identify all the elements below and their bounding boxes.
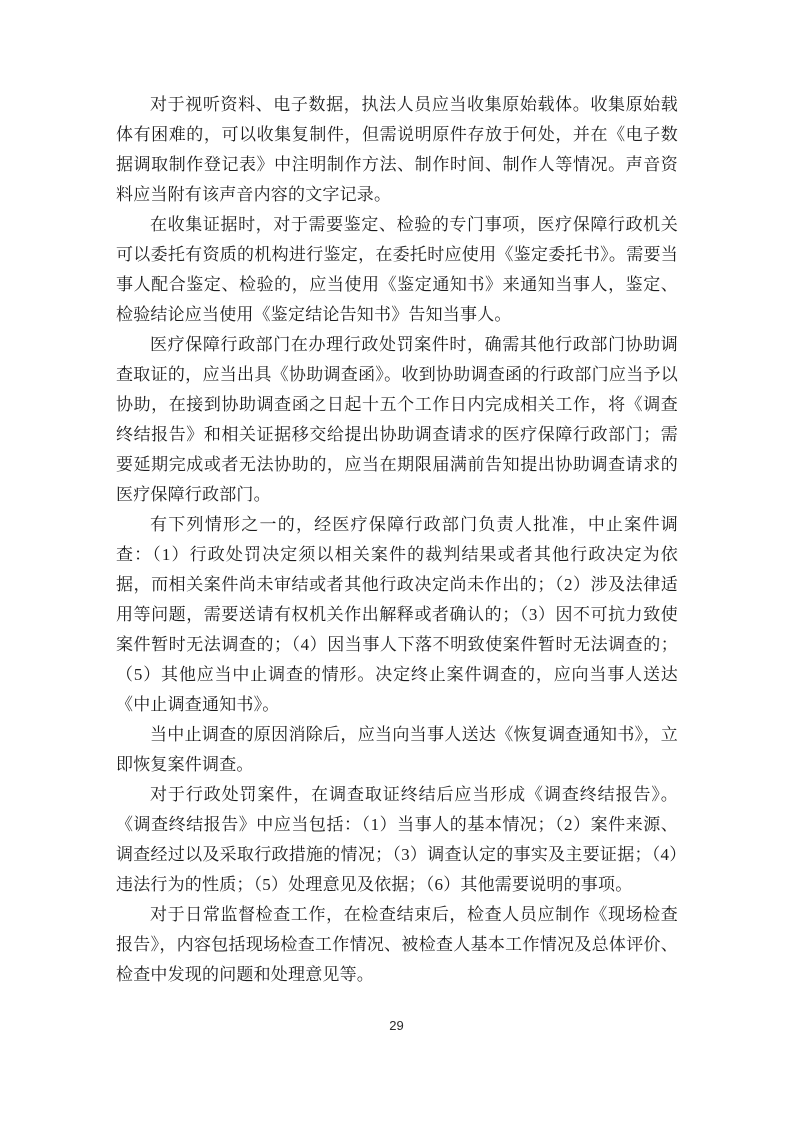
paragraph-suspension-conditions: 有下列情形之一的，经医疗保障行政部门负责人批准，中止案件调查：（1）行政处罚决定… [116,510,678,720]
paragraph-evidence-collection: 对于视听资料、电子数据，执法人员应当收集原始载体。收集原始载体有困难的，可以收集… [116,90,678,210]
paragraph-assistance-investigation: 医疗保障行政部门在办理行政处罚案件时，确需其他行政部门协助调查取证的，应当出具《… [116,330,678,510]
paragraph-onsite-inspection-report: 对于日常监督检查工作，在检查结束后，检查人员应制作《现场检查报告》，内容包括现场… [116,900,678,990]
paragraph-investigation-report: 对于行政处罚案件，在调查取证终结后应当形成《调查终结报告》。《调查终结报告》中应… [116,780,678,900]
paragraph-resume-investigation: 当中止调查的原因消除后，应当向当事人送达《恢复调查通知书》，立即恢复案件调查。 [116,720,678,780]
page-number: 29 [0,1018,793,1033]
document-body-text: 对于视听资料、电子数据，执法人员应当收集原始载体。收集原始载体有困难的，可以收集… [116,90,678,990]
paragraph-appraisal-inspection: 在收集证据时，对于需要鉴定、检验的专门事项，医疗保障行政机关可以委托有资质的机构… [116,210,678,330]
document-page: 对于视听资料、电子数据，执法人员应当收集原始载体。收集原始载体有困难的，可以收集… [0,0,793,1122]
